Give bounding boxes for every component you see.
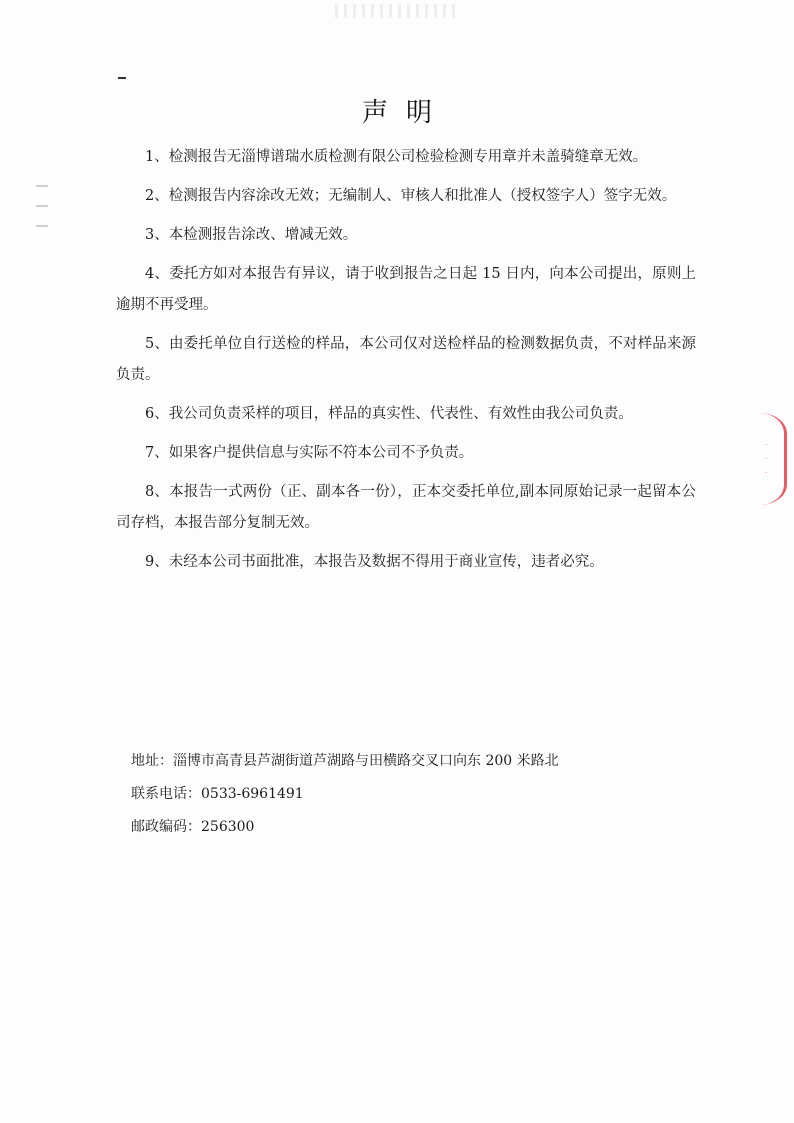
clause-4: 4、委托方如对本报告有异议，请于收到报告之日起 15 日内，向本公司提出，原则上… (116, 259, 696, 321)
clause-text: 如果客户提供信息与实际不符本公司不予负责。 (169, 445, 474, 461)
clause-text: 本报告一式两份（正、副本各一份），正本交委托单位,副本同原始记录一起留本公司存档… (116, 484, 696, 531)
binding-marks (32, 185, 54, 245)
declaration-clauses: 1、检测报告无淄博谱瑞水质检测有限公司检验检测专用章并未盖骑缝章无效。 2、检测… (116, 142, 696, 586)
address-line: 地址：淄博市高青县芦湖街道芦湖路与田横路交叉口向东 200 米路北 (131, 745, 651, 778)
clause-number: 2、 (145, 188, 169, 204)
clause-number: 3、 (145, 227, 169, 243)
phone-value: 0533-6961491 (201, 786, 304, 802)
postcode-label: 邮政编码： (131, 819, 201, 835)
clause-number: 8、 (145, 484, 169, 500)
clause-text: 未经本公司书面批准，本报告及数据不得用于商业宣传，违者必究。 (169, 554, 604, 570)
clause-number: 9、 (145, 554, 169, 570)
clause-number: 1、 (145, 149, 169, 165)
phone-line: 联系电话：0533-6961491 (131, 778, 651, 811)
clause-text: 本检测报告涂改、增减无效。 (169, 227, 358, 243)
address-label: 地址： (131, 753, 173, 769)
clause-number: 7、 (145, 445, 169, 461)
postcode-line: 邮政编码：256300 (131, 811, 651, 844)
page-title: 声明 (0, 92, 794, 129)
clause-number: 5、 (145, 336, 169, 352)
clause-text: 检测报告内容涂改无效；无编制人、审核人和批准人（授权签字人）签字无效。 (169, 188, 677, 204)
clause-2: 2、检测报告内容涂改无效；无编制人、审核人和批准人（授权签字人）签字无效。 (116, 181, 696, 212)
clause-7: 7、如果客户提供信息与实际不符本公司不予负责。 (116, 438, 696, 469)
scan-artifact (335, 4, 460, 18)
seal-fragment-marks: ··· (765, 438, 775, 480)
clause-text: 我公司负责采样的项目，样品的真实性、代表性、有效性由我公司负责。 (169, 406, 633, 422)
clause-number: 4、 (145, 266, 169, 282)
clause-text: 委托方如对本报告有异议，请于收到报告之日起 15 日内，向本公司提出，原则上逾期… (116, 266, 696, 313)
document-page: 声明 1、检测报告无淄博谱瑞水质检测有限公司检验检测专用章并未盖骑缝章无效。 2… (0, 0, 794, 1123)
clause-3: 3、本检测报告涂改、增减无效。 (116, 220, 696, 251)
clause-6: 6、我公司负责采样的项目，样品的真实性、代表性、有效性由我公司负责。 (116, 399, 696, 430)
clause-text: 检测报告无淄博谱瑞水质检测有限公司检验检测专用章并未盖骑缝章无效。 (169, 149, 648, 165)
address-value: 淄博市高青县芦湖街道芦湖路与田横路交叉口向东 200 米路北 (173, 753, 559, 769)
contact-info: 地址：淄博市高青县芦湖街道芦湖路与田横路交叉口向东 200 米路北 联系电话：0… (131, 745, 651, 844)
clause-text: 由委托单位自行送检的样品，本公司仅对送检样品的检测数据负责，不对样品来源负责。 (116, 336, 696, 383)
clause-8: 8、本报告一式两份（正、副本各一份），正本交委托单位,副本同原始记录一起留本公司… (116, 477, 696, 539)
phone-label: 联系电话： (131, 786, 201, 802)
clause-9: 9、未经本公司书面批准，本报告及数据不得用于商业宣传，违者必究。 (116, 547, 696, 578)
clause-1: 1、检测报告无淄博谱瑞水质检测有限公司检验检测专用章并未盖骑缝章无效。 (116, 142, 696, 173)
page-mark (118, 77, 126, 79)
clause-number: 6、 (145, 406, 169, 422)
postcode-value: 256300 (201, 819, 254, 835)
clause-5: 5、由委托单位自行送检的样品，本公司仅对送检样品的检测数据负责，不对样品来源负责… (116, 329, 696, 391)
